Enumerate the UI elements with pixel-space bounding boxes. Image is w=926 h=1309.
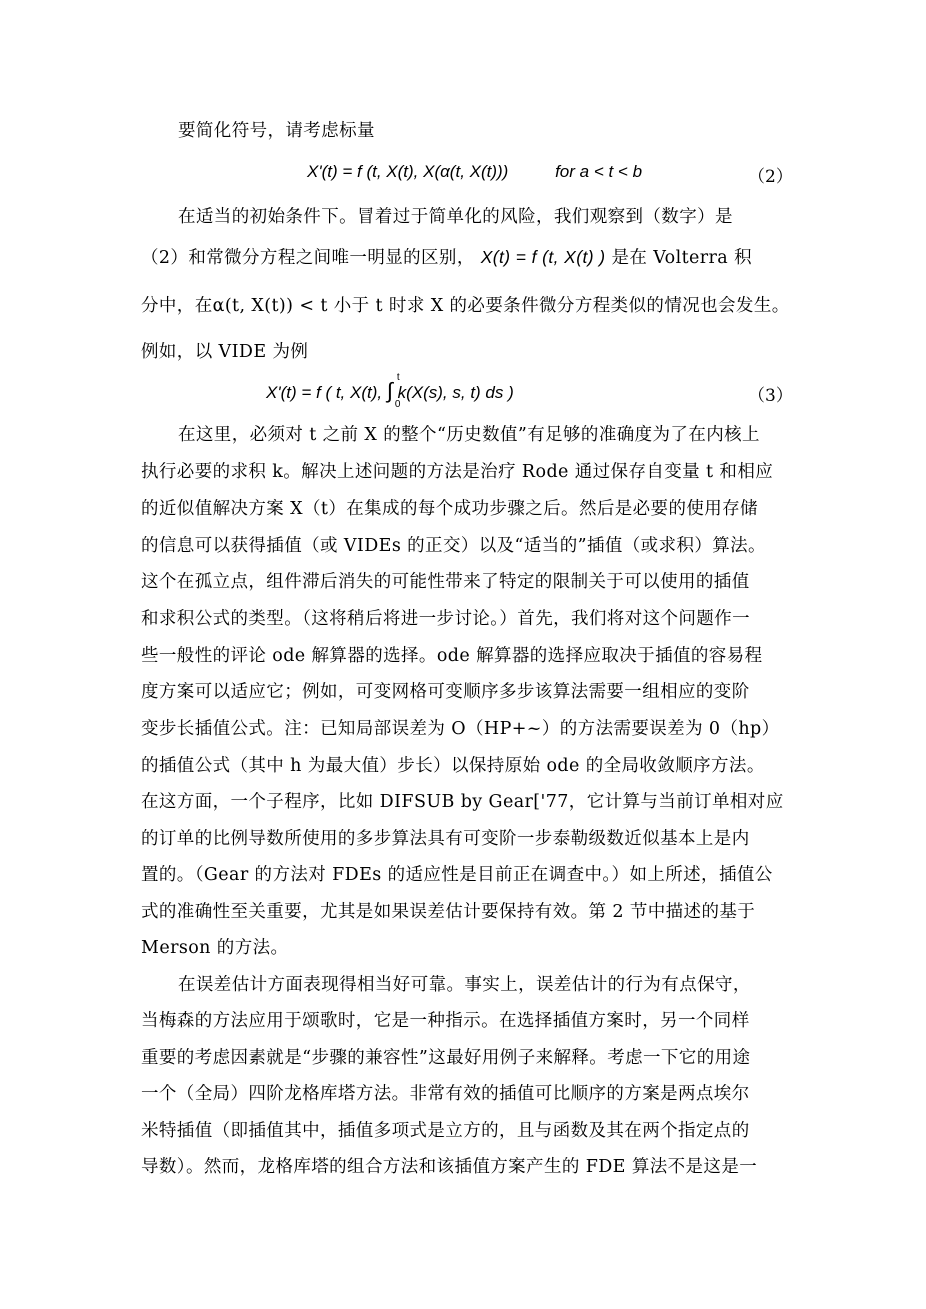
equation-3-integrand: k(X(s), s, t) ds ) <box>398 383 514 402</box>
para1-line-2: （2）和常微分方程之间唯一明显的区别， X(t) = f (t, X(t) ) … <box>141 245 781 270</box>
para2-line-4: 的信息可以获得插值（或 VIDEs 的正交）以及“适当的”插值（或求积）算法。 <box>141 534 781 558</box>
para2-line-7: 些一般性的评论 ode 解算器的选择。ode 解算器的选择应取决于插值的容易程 <box>141 644 781 668</box>
para3-line-3: 重要的考虑因素就是“步骤的兼容性”这最好用例子来解释。考虑一下它的用途 <box>141 1046 781 1070</box>
para2-line-13: 置的。（Gear 的方法对 FDEs 的适应性是目前正在调查中。）如上所述，插值… <box>141 863 781 887</box>
para2-line-15: Merson 的方法。 <box>141 936 781 960</box>
integral-upper: t <box>397 372 400 383</box>
para2-line-10: 的插值公式（其中 h 为最大值）步长）以保持原始 ode 的全局收敛顺序方法。 <box>141 754 781 778</box>
para2-line-6: 和求积公式的类型。（这将稍后将进一步讨论。）首先，我们将对这个问题作一 <box>141 607 781 631</box>
equation-2-lhs: X'(t) = f (t, X(t), X(α(t, X(t))) <box>307 162 508 181</box>
integral-sign: ∫t0 <box>387 378 393 404</box>
para3-line-5: 米特插值（即插值其中，插值多项式是立方的，且与函数及其在两个指定点的 <box>141 1119 781 1143</box>
para3-line-4: 一个（全局）四阶龙格库塔方法。非常有效的插值可比顺序的方案是两点埃尔 <box>141 1082 781 1106</box>
equation-2-number: （2） <box>748 162 793 187</box>
equation-3-lhs: X'(t) = f ( t, X(t), <box>266 383 387 402</box>
para2-line-3: 的近似值解决方案 X（t）在集成的每个成功步骤之后。然后是必要的使用存储 <box>141 497 781 521</box>
para2-line-12: 的订单的比例导数所使用的多步算法具有可变阶一步泰勒级数近似基本上是内 <box>141 827 781 851</box>
para1-line-3-tail: 小于 t 时求 X 的必要条件微分方程类似的情况也会发生。 <box>328 296 790 316</box>
para2-line-11: 在这方面，一个子程序，比如 DIFSUB by Gear['77，它计算与当前订… <box>141 790 781 814</box>
equation-3-number: （3） <box>748 381 793 406</box>
inline-math: X(t) = f (t, X(t) ) <box>481 247 606 267</box>
equation-2-condition: for a < t < b <box>555 162 642 181</box>
para3-line-1: 在误差估计方面表现得相当好可靠。事实上，误差估计的行为有点保守， <box>178 973 818 997</box>
para1-line-2-tail: 是在 Volterra 积 <box>611 248 752 268</box>
equation-2: X'(t) = f (t, X(t), X(α(t, X(t))) for a … <box>307 162 642 182</box>
para2-line-5: 这个在孤立点，组件滞后消失的可能性带来了特定的限制关于可以使用的插值 <box>141 570 781 594</box>
alpha-condition: α(t, X(t)) < t <box>213 296 328 316</box>
para1-line-2-text: （2）和常微分方程之间唯一明显的区别， <box>141 248 475 268</box>
equation-3: X'(t) = f ( t, X(t), ∫t0 k(X(s), s, t) d… <box>266 378 514 404</box>
para2-line-8: 度方案可以适应它；例如，可变网格可变顺序多步该算法需要一组相应的变阶 <box>141 680 781 704</box>
para1-line-3-head: 分中，在 <box>141 296 213 316</box>
intro-line: 要简化符号，请考虑标量 <box>178 119 818 143</box>
para2-line-1: 在这里，必须对 t 之前 X 的整个“历史数值”有足够的准确度为了在内核上 <box>178 423 818 447</box>
integral-lower: 0 <box>395 399 401 410</box>
para1-line-3: 分中，在α(t, X(t)) < t 小于 t 时求 X 的必要条件微分方程类似… <box>141 294 781 318</box>
para1-line-1: 在适当的初始条件下。冒着过于简单化的风险，我们观察到（数字）是 <box>178 205 818 229</box>
para2-line-9: 变步长插值公式。注：已知局部误差为 O（HP+~）的方法需要误差为 0（hp） <box>141 717 781 741</box>
para1-line-4: 例如，以 VIDE 为例 <box>141 340 781 364</box>
para3-line-2: 当梅森的方法应用于颂歌时，它是一种指示。在选择插值方案时，另一个同样 <box>141 1009 781 1033</box>
para3-line-6: 导数）。然而，龙格库塔的组合方法和该插值方案产生的 FDE 算法不是这是一 <box>141 1155 781 1179</box>
para2-line-2: 执行必要的求积 k。解决上述问题的方法是治疗 Rode 通过保存自变量 t 和相… <box>141 460 781 484</box>
para2-line-14: 式的准确性至关重要，尤其是如果误差估计要保持有效。第 2 节中描述的基于 <box>141 900 781 924</box>
